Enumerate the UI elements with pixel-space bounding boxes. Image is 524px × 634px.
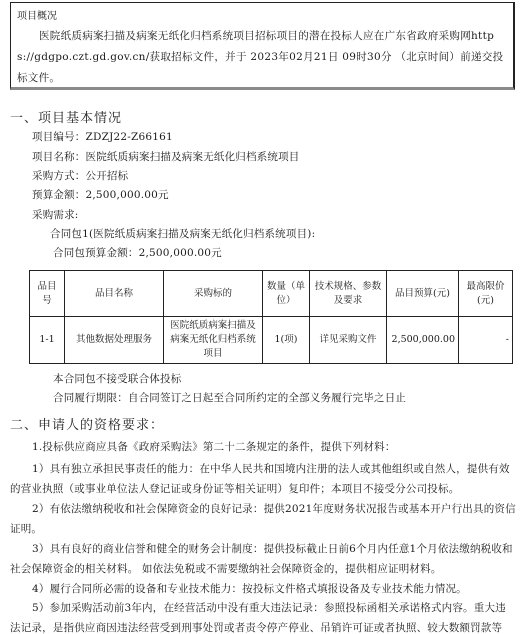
qualification-sub-1: 1）具有独立承担民事责任的能力：在中华人民共和国境内注册的法人或其他组织或自然人… bbox=[10, 459, 516, 499]
procurement-method-value: 公开招标 bbox=[86, 170, 129, 182]
qualification-item-1: 1.投标供应商应具备《政府采购法》第二十二条规定的条件，提供下列材料： bbox=[32, 440, 396, 454]
cell-max-price: - bbox=[459, 317, 513, 364]
project-name-field: 项目名称：医院纸质病案扫描及病案无纸化归档系统项目 bbox=[32, 150, 300, 164]
section2-heading: 二、申请人的资格要求： bbox=[10, 414, 164, 433]
table-header-row: 品目号 品目名称 采购标的 数量（单位） 技术规格、参数及要求 品目预算(元) … bbox=[30, 271, 513, 317]
package-budget: 合同包预算金额：2,500,000.00元 bbox=[53, 246, 222, 260]
cell-item-number: 1-1 bbox=[30, 317, 65, 364]
no-consortium-note: 本合同包不接受联合体投标 bbox=[53, 372, 181, 386]
project-number-field: 项目编号：ZDZJ22-Z66161 bbox=[32, 130, 173, 144]
overview-body: 医院纸质病案扫描及病案无纸化归档系统项目招标项目的潜在投标人应在广东省政府采购网… bbox=[17, 26, 507, 89]
package-title: 合同包1(医院纸质病案扫描及病案无纸化归档系统项目): bbox=[50, 227, 315, 241]
overview-title: 项目概况 bbox=[17, 10, 507, 24]
budget-value: 2,500,000.00元 bbox=[86, 189, 169, 201]
cell-item-budget: 2,500,000.00 bbox=[387, 317, 459, 364]
field-label: 采购方式： bbox=[32, 170, 86, 182]
table-row: 1-1 其他数据处理服务 医院纸质病案扫描及病案无纸化归档系统项目 1(项) 详… bbox=[30, 317, 513, 364]
qualification-sub-4: 4）履行合同所必需的设备和专业技术能力：按投标文件格式填报设备及专业技术能力情况… bbox=[10, 579, 516, 599]
requirements-table: 品目号 品目名称 采购标的 数量（单位） 技术规格、参数及要求 品目预算(元) … bbox=[29, 270, 513, 364]
header-item-budget: 品目预算(元) bbox=[387, 271, 459, 317]
project-name-value: 医院纸质病案扫描及病案无纸化归档系统项目 bbox=[86, 151, 300, 163]
field-label: 预算金额： bbox=[32, 189, 86, 201]
header-item-number: 品目号 bbox=[30, 271, 65, 317]
header-item-name: 品目名称 bbox=[65, 271, 164, 317]
header-spec: 技术规格、参数及要求 bbox=[310, 271, 387, 317]
section1-heading: 一、项目基本情况 bbox=[10, 107, 122, 126]
cell-item-name: 其他数据处理服务 bbox=[65, 317, 164, 364]
header-procurement-subject: 采购标的 bbox=[164, 271, 263, 317]
procurement-method-field: 采购方式：公开招标 bbox=[32, 169, 128, 183]
field-label: 项目编号： bbox=[32, 131, 86, 143]
performance-period: 合同履行期限：自合同签订之日起至合同所约定的全部义务履行完毕之日止 bbox=[53, 391, 406, 405]
header-max-price: 最高限价(元) bbox=[459, 271, 513, 317]
cell-spec: 详见采购文件 bbox=[310, 317, 387, 364]
cell-quantity: 1(项) bbox=[263, 317, 310, 364]
project-number-value: ZDZJ22-Z66161 bbox=[86, 131, 173, 143]
cell-procurement-subject: 医院纸质病案扫描及病案无纸化归档系统项目 bbox=[164, 317, 263, 364]
qualification-sub-3: 3）具有良好的商业信誉和健全的财务会计制度：提供投标截止日前6个月内任意1个月依… bbox=[10, 539, 516, 579]
budget-field: 预算金额：2,500,000.00元 bbox=[32, 188, 169, 202]
field-label: 项目名称： bbox=[32, 151, 86, 163]
project-overview-box: 项目概况 医院纸质病案扫描及病案无纸化归档系统项目招标项目的潜在投标人应在广东省… bbox=[10, 2, 515, 90]
demand-label: 采购需求: bbox=[32, 208, 79, 222]
qualification-sub-2: 2）有依法缴纳税收和社会保障资金的良好记录：提供2021年度财务状况报告或基本开… bbox=[10, 499, 516, 539]
qualification-sub-5: 5）参加采购活动前3年内，在经营活动中没有重大违法记录：参照投标函相关承诺格式内… bbox=[10, 598, 516, 634]
header-quantity: 数量（单位） bbox=[263, 271, 310, 317]
